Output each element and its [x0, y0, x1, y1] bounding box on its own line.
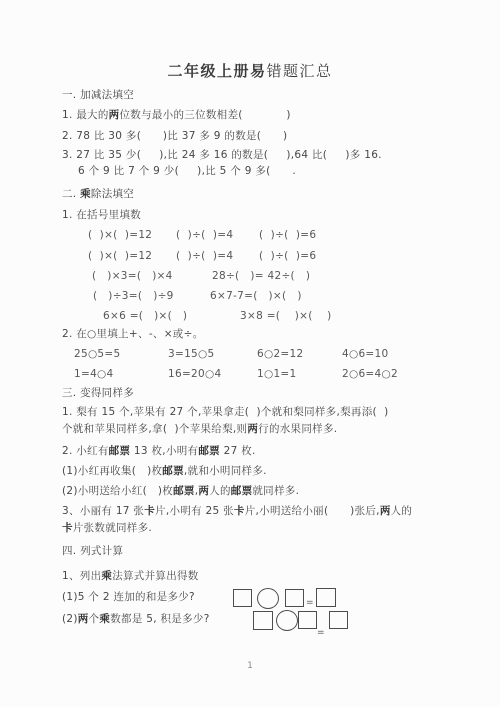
- section4-question2: (2)两个乘数都是 5, 积是多少?: [62, 613, 210, 626]
- equation: 6×7-7=( )×( ): [210, 290, 302, 303]
- title-bold-part: 二年级上册易: [167, 62, 266, 80]
- equation: 3×8 =( )×( ): [240, 310, 332, 323]
- section2-item1-label: 1. 在括号里填数: [62, 209, 141, 222]
- section4-heading: 四. 列式计算: [62, 545, 123, 558]
- worksheet-page: 二年级上册易错题汇总 一. 加减法填空 1. 最大的两位数与最小的三位数相差( …: [0, 0, 500, 707]
- equation: ( )÷( )=6: [259, 229, 316, 242]
- section3-question3: 3、小丽有 17 张卡片,小明有 25 张卡片,小明送给小丽( )张后,两人的: [62, 505, 412, 518]
- operator-fill-equation: 3=15○5: [168, 348, 214, 361]
- equation: 6×6 =( )×( ): [103, 310, 187, 323]
- answer-box-square: [233, 589, 252, 607]
- worksheet-title: 二年级上册易错题汇总: [0, 60, 500, 81]
- operator-fill-equation: 1○1=1: [257, 368, 297, 381]
- page-number: 1: [0, 661, 500, 671]
- section1-question1: 1. 最大的两位数与最小的三位数相差( ): [62, 109, 291, 122]
- equation: ( )×( )=12: [88, 250, 152, 263]
- section1-heading: 一. 加减法填空: [62, 89, 134, 102]
- answer-box-square: [285, 589, 304, 607]
- operator-fill-equation: 25○5=5: [74, 348, 120, 361]
- operator-circle: [257, 588, 279, 609]
- section2-heading: 二. 乘除法填空: [62, 188, 134, 201]
- operator-circle: [276, 610, 298, 631]
- section3-question2-part2: (2)小明送给小红( )枚邮票,两人的邮票就同样多.: [62, 485, 299, 498]
- operator-fill-equation: 4○6=10: [342, 348, 388, 361]
- section1-question3: 3. 27 比 35 少( ),比 24 多 16 的数是( ),64 比( )…: [62, 149, 382, 162]
- section3-question2: 2. 小红有邮票 13 枚,小明有邮票 27 枚.: [62, 445, 256, 458]
- section1-question2: 2. 78 比 30 多( )比 37 多 9 的数是( ): [62, 130, 287, 143]
- equation: 28÷( )= 42÷( ): [212, 270, 310, 283]
- section4-item1-label: 1、列出乘法算式并算出得数: [62, 570, 199, 583]
- section3-question1: 1. 梨有 15 个,苹果有 27 个,苹果拿走( )个就和梨同样多,梨再添( …: [62, 406, 389, 419]
- title-regular-part: 错题汇总: [267, 62, 333, 80]
- operator-fill-equation: 1=4○4: [74, 368, 114, 381]
- answer-box-square: [316, 588, 336, 607]
- section3-heading: 三. 变得同样多: [62, 387, 134, 400]
- answer-box-square: [253, 611, 273, 630]
- section1-question3-cont: 6 个 9 比 7 个 9 少( ),比 5 个 9 多( .: [78, 165, 296, 178]
- section3-question3-cont: 卡片张数就同样多.: [62, 522, 152, 535]
- equation: ( )÷( )=6: [259, 250, 316, 263]
- section4-question1: (1)5 个 2 连加的和是多少?: [62, 591, 195, 604]
- equals-sign: =: [306, 598, 314, 608]
- operator-fill-equation: 16=20○4: [168, 368, 221, 381]
- equation: ( )÷3=( )÷9: [93, 290, 174, 303]
- section3-question2-part1: (1)小红再收集( )枚邮票,就和小明同样多.: [62, 465, 267, 478]
- answer-box-square: [298, 611, 317, 629]
- equals-sign: =: [317, 628, 325, 638]
- section2-item2-label: 2. 在○里填上+、-、×或÷。: [62, 328, 204, 341]
- equation: ( )×( )=12: [88, 229, 152, 242]
- equation: ( )÷( )=4: [176, 229, 233, 242]
- equation: ( )×3=( )×4: [92, 270, 173, 283]
- section3-question1-cont: 个就和苹果同样多,拿( )个苹果给梨,则两行的水果同样多.: [62, 423, 337, 436]
- equation: ( )÷( )=4: [176, 250, 233, 263]
- answer-box-square: [329, 611, 348, 629]
- operator-fill-equation: 2○6=4○2: [342, 368, 398, 381]
- operator-fill-equation: 6○2=12: [257, 348, 303, 361]
